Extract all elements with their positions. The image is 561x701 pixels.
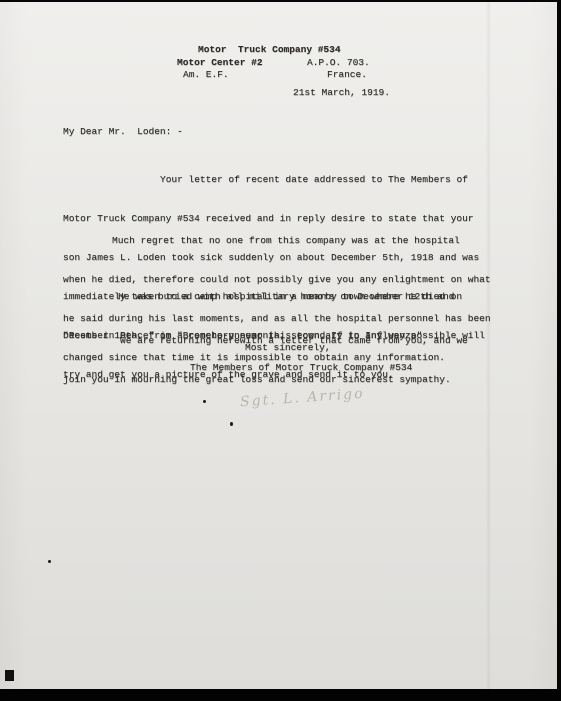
scan-edge-bottom (0, 689, 561, 701)
ink-speck (203, 400, 206, 403)
scanned-letter-page: Motor Truck Company #534 Motor Center #2… (0, 0, 561, 701)
letter-date: 21st March, 1919. (293, 86, 390, 99)
letterhead-france: France. (327, 68, 367, 81)
letterhead-company: Motor Truck Company #534 (198, 43, 341, 56)
scan-artifact (5, 670, 14, 681)
ink-speck (230, 422, 233, 426)
signature-line: The Members of Motor Truck Company #534 (190, 361, 412, 374)
salutation: My Dear Mr. Loden: - (63, 125, 183, 138)
ink-speck (48, 560, 51, 563)
letter-line: Your letter of recent date addressed to … (63, 173, 521, 186)
letter-line: Much regret that no one from this compan… (63, 234, 521, 247)
letter-paper: Motor Truck Company #534 Motor Center #2… (0, 2, 557, 689)
letter-line: join you in mourning the great loss and … (63, 373, 521, 386)
letter-line: He was buried with all military honors o… (63, 290, 521, 303)
scan-edge-right (557, 0, 561, 701)
letterhead-am-ef: Am. E.F. (183, 68, 229, 81)
closing: Most sincerely, (245, 341, 331, 354)
